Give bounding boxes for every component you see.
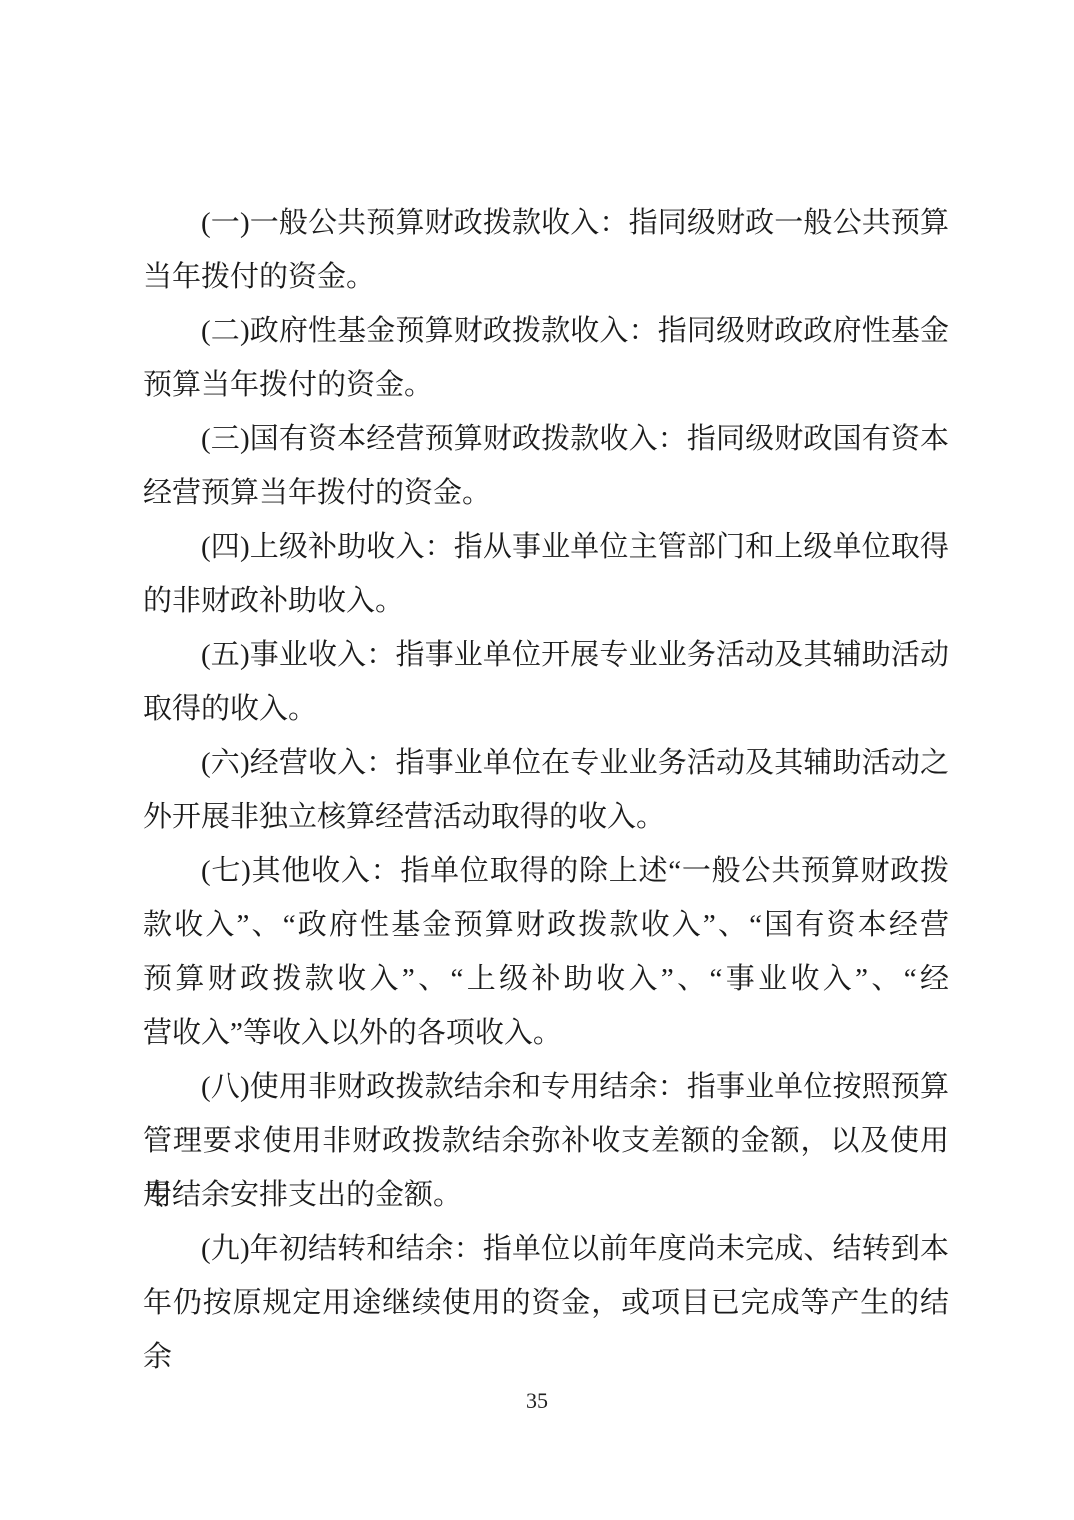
paragraph-7-line-1: (七)其他收入：指单位取得的除上述“一般公共预算财政拨 xyxy=(143,844,949,898)
paragraph-3-line-2: 经营预算当年拨付的资金。 xyxy=(143,466,949,520)
paragraph-1-line-1: (一)一般公共预算财政拨款收入：指同级财政一般公共预算 xyxy=(143,196,949,250)
paragraph-3-line-1: (三)国有资本经营预算财政拨款收入：指同级财政国有资本 xyxy=(143,412,949,466)
paragraph-2-line-2: 预算当年拨付的资金。 xyxy=(143,358,949,412)
paragraph-5-line-2: 取得的收入。 xyxy=(143,682,949,736)
paragraph-9-line-1: (九)年初结转和结余：指单位以前年度尚未完成、结转到本 xyxy=(143,1222,949,1276)
paragraph-7-line-3: 预算财政拨款收入”、“上级补助收入”、“事业收入”、“经 xyxy=(143,952,949,1006)
paragraph-4-line-2: 的非财政补助收入。 xyxy=(143,574,949,628)
paragraph-5-line-1: (五)事业收入：指事业单位开展专业业务活动及其辅助活动 xyxy=(143,628,949,682)
paragraph-8-line-1: (八)使用非财政拨款结余和专用结余：指事业单位按照预算 xyxy=(143,1060,949,1114)
paragraph-8-line-3: 用结余安排支出的金额。 xyxy=(143,1168,949,1222)
paragraph-1-line-2: 当年拨付的资金。 xyxy=(143,250,949,304)
page-number: 35 xyxy=(0,1386,1074,1416)
paragraph-2-line-1: (二)政府性基金预算财政拨款收入：指同级财政政府性基金 xyxy=(143,304,949,358)
paragraph-7-line-2: 款收入”、“政府性基金预算财政拨款收入”、“国有资本经营 xyxy=(143,898,949,952)
paragraph-7-line-4: 营收入”等收入以外的各项收入。 xyxy=(143,1006,949,1060)
paragraph-6-line-2: 外开展非独立核算经营活动取得的收入。 xyxy=(143,790,949,844)
paragraph-4-line-1: (四)上级补助收入：指从事业单位主管部门和上级单位取得 xyxy=(143,520,949,574)
paragraph-6-line-1: (六)经营收入：指事业单位在专业业务活动及其辅助活动之 xyxy=(143,736,949,790)
document-page: (一)一般公共预算财政拨款收入：指同级财政一般公共预算当年拨付的资金。(二)政府… xyxy=(0,0,1074,1520)
paragraph-9-line-2: 年仍按原规定用途继续使用的资金，或项目已完成等产生的结余 xyxy=(143,1276,949,1330)
text-block: (一)一般公共预算财政拨款收入：指同级财政一般公共预算当年拨付的资金。(二)政府… xyxy=(143,196,949,1330)
paragraph-8-line-2: 管理要求使用非财政拨款结余弥补收支差额的金额，以及使用专 xyxy=(143,1114,949,1168)
